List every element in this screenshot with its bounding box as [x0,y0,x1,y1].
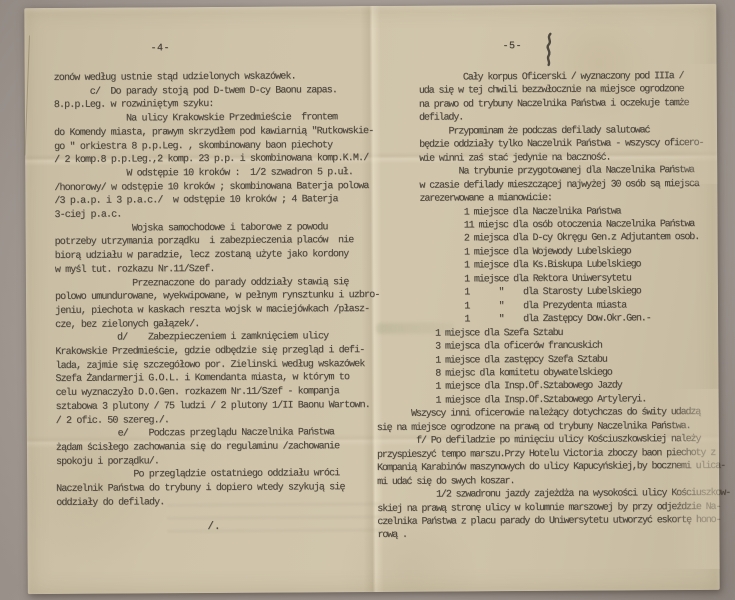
page-4-text: zonów według ustnie stąd udzielonych wsk… [54,70,381,510]
paper-sheet: -4- zonów według ustnie stąd udzielonych… [24,4,720,594]
page-5: -5- Cały korpus Oficerski / wyznaczony p… [24,4,716,8]
scanned-document-photo: { "document": { "kind": "typewritten-ord… [0,0,735,600]
ink-bleedthrough [167,503,382,542]
page-4-number: -4- [150,43,170,54]
page-4: -4- zonów według ustnie stąd udzielonych… [24,4,716,8]
page-5-number: -5- [502,41,522,52]
faint-smudge [376,322,454,333]
handwritten-ink-mark [541,31,557,69]
page-5-text: Cały korpus Oficerski / wyznaczony pod I… [375,70,731,543]
